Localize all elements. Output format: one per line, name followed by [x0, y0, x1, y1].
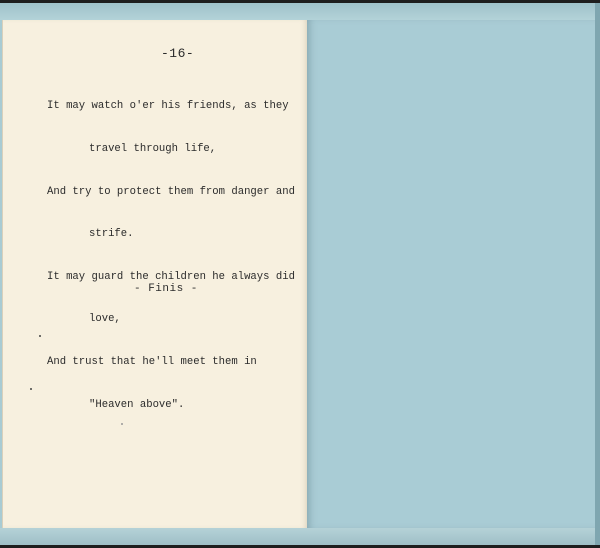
poem-line-3: And try to protect them from danger and	[47, 185, 295, 199]
poem-line-5: It may guard the children he always did	[47, 270, 295, 284]
poem-line-4: strife.	[47, 227, 295, 241]
right-page-blue-cover	[307, 20, 600, 528]
paper-speck	[30, 388, 32, 390]
cover-top-edge	[0, 3, 600, 20]
cover-right-edge	[595, 3, 600, 545]
paper-speck	[121, 423, 123, 425]
poem-line-7: And trust that he'll meet them in	[47, 355, 295, 369]
paper-speck	[39, 335, 41, 337]
closing-finis: - Finis -	[134, 283, 198, 295]
poem-line-1: It may watch o'er his friends, as they	[47, 99, 295, 113]
page-number: -16-	[161, 46, 194, 61]
left-page: -16- It may watch o'er his friends, as t…	[2, 20, 307, 528]
poem-stanza: It may watch o'er his friends, as they t…	[47, 71, 295, 440]
cover-bottom-edge	[0, 528, 600, 545]
poem-line-6: love,	[47, 312, 295, 326]
booklet-scan: -16- It may watch o'er his friends, as t…	[0, 3, 600, 545]
poem-line-8: "Heaven above".	[47, 398, 295, 412]
poem-line-2: travel through life,	[47, 142, 295, 156]
